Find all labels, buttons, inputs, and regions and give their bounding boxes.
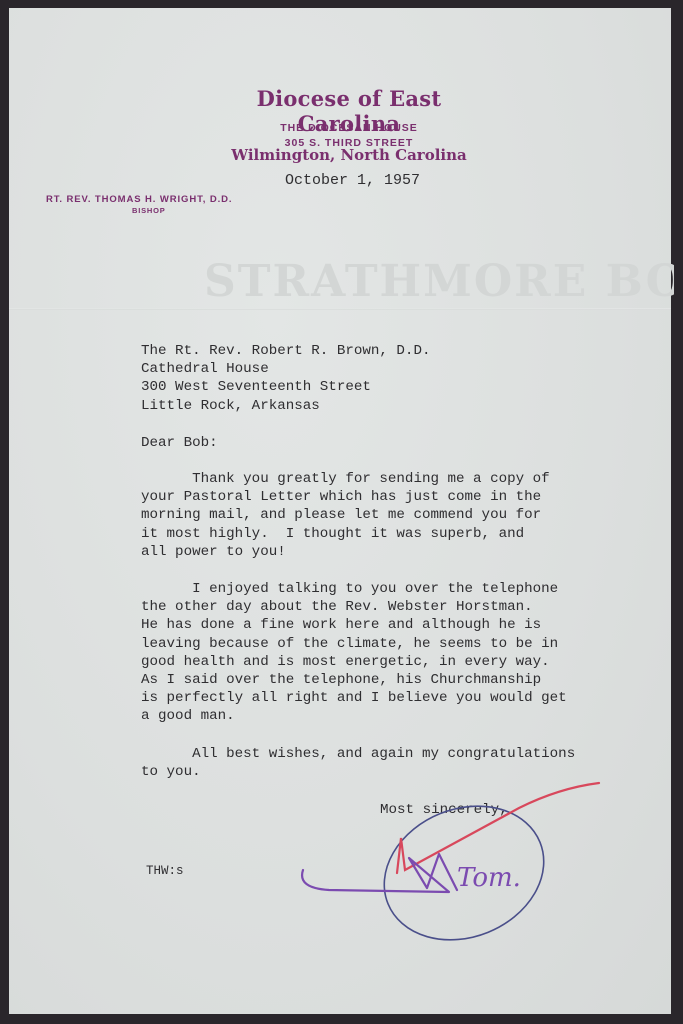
- page-fold-line: [9, 308, 671, 310]
- letterhead-city: Wilmington, North Carolina: [219, 146, 479, 164]
- body-paragraph-2: I enjoyed talking to you over the teleph…: [141, 580, 567, 726]
- recipient-line: 300 West Seventeenth Street: [141, 378, 430, 396]
- sender-name: RT. REV. THOMAS H. WRIGHT, D.D.: [46, 194, 232, 205]
- watermark-bleedthrough: STRATHMORE BOND: [204, 256, 674, 306]
- recipient-address: The Rt. Rev. Robert R. Brown, D.D.Cathed…: [141, 342, 430, 415]
- letter-page: STRATHMORE BOND Diocese of East Carolina…: [9, 8, 671, 1014]
- body-paragraph-3: All best wishes, and again my congratula…: [141, 745, 575, 781]
- signature-stroke-icon: [302, 854, 457, 892]
- red-check-mark-icon: [397, 783, 599, 873]
- letter-date: October 1, 1957: [285, 172, 420, 190]
- body-paragraph-1: Thank you greatly for sending me a copy …: [141, 470, 550, 561]
- recipient-line: The Rt. Rev. Robert R. Brown, D.D.: [141, 342, 430, 360]
- signature-text: Tom.: [457, 863, 521, 893]
- typist-initials: THW:s: [146, 862, 184, 880]
- recipient-line: Little Rock, Arkansas: [141, 397, 430, 415]
- sender-block: RT. REV. THOMAS H. WRIGHT, D.D. BISHOP: [46, 194, 232, 205]
- sender-title: BISHOP: [132, 206, 166, 215]
- letterhead-house: THE DIOCESAN HOUSE: [219, 122, 479, 134]
- recipient-line: Cathedral House: [141, 360, 430, 378]
- salutation: Dear Bob:: [141, 434, 218, 452]
- handwritten-signature: Tom.: [289, 778, 619, 958]
